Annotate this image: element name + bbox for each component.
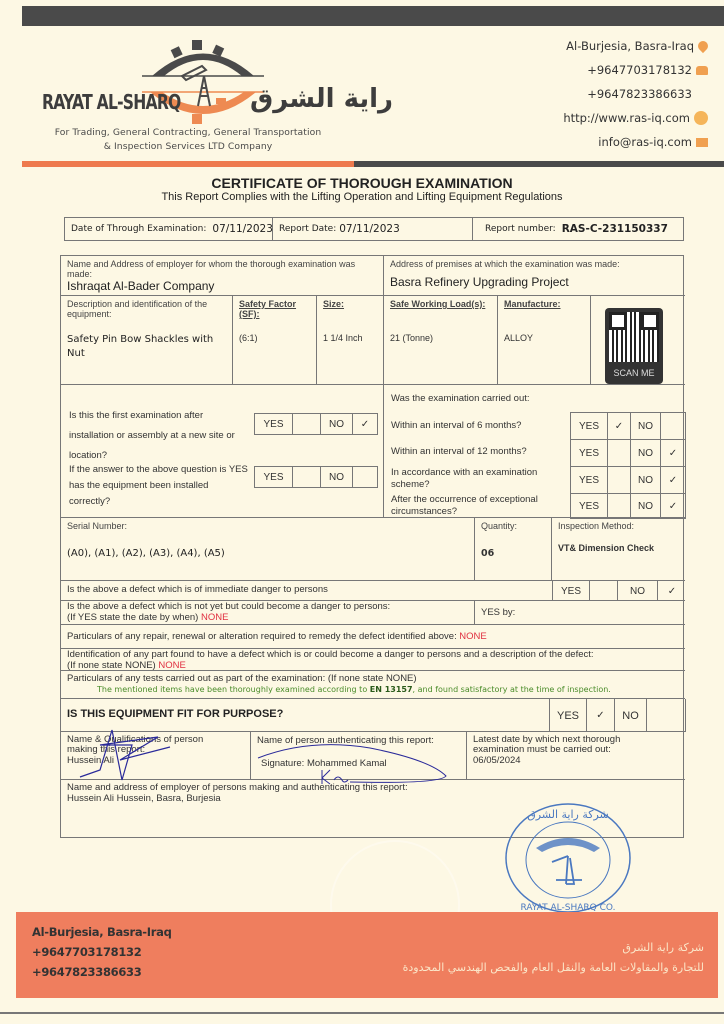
future-danger-sub: (If YES state the date by when) [67,612,198,623]
employer-cell: Name and Address of employer for whom th… [61,256,384,296]
swl-label: Safe Working Load(s): [390,299,491,309]
footer-address: Al-Burjesia, Basra-Iraq [32,922,172,942]
interval-scheme-yes-no: YES NO ✓ [570,466,686,493]
method-cell: Inspection Method: VT& Dimension Check [552,518,685,581]
yes-label: YES [255,467,293,487]
authenticator-cell: Name of person authenticating this repor… [251,732,467,780]
footer-arabic-company: شركة راية الشرق [403,938,704,958]
brand-name-en: RAYAT AL-SHARQ [42,90,181,114]
quantity-value: 06 [481,548,545,559]
employer-label: Name and Address of employer for whom th… [67,259,377,279]
footer-band: Al-Burjesia, Basra-Iraq +9647703178132 +… [16,912,718,998]
qr-code[interactable]: SCAN ME [605,308,663,384]
contact-text[interactable]: +9647823386633 [587,82,692,106]
company-tagline: For Trading, General Contracting, Genera… [38,126,338,154]
person-label: Name & Qualifications of person making t… [67,735,217,755]
location-pin-icon [696,39,710,53]
report-info-strip: Date of Through Examination: 07/11/2023 … [64,217,684,241]
interval-question-6m: Within an interval of 6 months? [391,420,521,432]
no-checkbox-checked[interactable]: ✓ [353,414,377,434]
interval-question-12m: Within an interval of 12 months? [391,446,527,458]
brand-name-ar: راية الشرق [250,84,393,114]
footer-phone-2[interactable]: +9647823386633 [32,962,172,982]
identification-label: Identification of any part found to have… [67,650,679,660]
identification-row: Identification of any part found to have… [61,649,685,671]
future-danger-none: NONE [201,612,228,623]
premises-value: Basra Refinery Upgrading Project [390,275,679,289]
yes-checkbox[interactable] [293,467,321,487]
report-date-value: 07/11/2023 [339,223,400,235]
authenticator-value: Signature: Mohammed Kamal [257,758,460,770]
installed-question: If the answer to the above question is Y… [69,462,249,510]
immediate-danger-yes-no: YES NO ✓ [552,581,686,601]
premises-cell: Address of premises at which the examina… [384,256,685,296]
report-number-cell: Report number: RAS-C-231150337 [473,218,683,240]
interval-12m-yes-no: YES NO ✓ [570,439,686,466]
email-link[interactable]: info@ras-iq.com [598,130,692,154]
yes-checkbox[interactable] [293,414,321,434]
spacer [696,88,708,100]
tests-note-pre: The mentioned items have been thoroughly… [97,685,370,694]
no-label: NO [321,467,353,487]
identification-none: NONE [158,660,185,671]
contact-address: Al-Burjesia, Basra-Iraq [563,34,708,58]
yes-checkbox[interactable] [608,494,631,518]
person-value: Hussein Ali [67,755,244,767]
equipment-cell: Description and identification of the eq… [61,296,233,385]
method-value: VT& Dimension Check [558,543,679,553]
exam-date-cell: Date of Through Examination: 07/11/2023 [65,218,273,240]
yes-checkbox[interactable] [608,467,631,493]
report-number-label: Report number: [485,224,556,234]
yes-label: YES [571,440,608,466]
identification-sub: (If none state NONE) [67,660,156,671]
first-exam-question: Is this the first examination after inst… [69,406,249,466]
employer-persons-label: Name and address of employer of persons … [67,783,679,793]
yes-checkbox[interactable] [590,581,618,601]
certificate-subtitle: This Report Complies with the Lifting Op… [0,191,724,203]
yes-by-cell: YES by: [475,601,685,625]
tests-label: Particulars of any tests carried out as … [67,673,679,684]
serial-cell: Serial Number: (A0), (A1), (A2), (A3), (… [61,518,475,581]
size-label: Size: [323,299,377,309]
manufacture-label: Manufacture: [504,299,584,309]
safety-factor-label: Safety Factor (SF): [239,299,310,319]
interval-6m-yes-no: YES ✓ NO [570,412,686,439]
report-number-value: RAS-C-231150337 [562,223,668,235]
safety-factor-cell: Safety Factor (SF): (6:1) [233,296,317,385]
manufacture-cell: Manufacture: ALLOY [498,296,591,385]
yes-label: YES [571,494,608,518]
no-label: NO [615,699,647,732]
company-logo: RAYAT AL-SHARQ راية الشرق For Trading, G… [30,28,350,148]
no-label: NO [618,581,658,601]
header-contacts: Al-Burjesia, Basra-Iraq +9647703178132 +… [563,34,708,154]
exam-date-value: 07/11/2023 [212,223,273,235]
size-value: 1 1/4 Inch [323,333,377,343]
no-label: NO [631,494,661,518]
person-cell: Name & Qualifications of person making t… [61,732,251,780]
size-cell: Size: 1 1/4 Inch [317,296,384,385]
yes-label: YES [571,467,608,493]
examination-form: Name and Address of employer for whom th… [60,255,684,838]
installed-yes-no: YES NO [254,466,378,488]
bottom-divider [0,1012,724,1014]
premises-label: Address of premises at which the examina… [390,259,679,269]
qr-code-icon [609,312,659,362]
interval-question-scheme: In accordance with an examination scheme… [391,467,567,491]
tests-standard: EN 13157 [370,685,413,694]
repair-label: Particulars of any repair, renewal or al… [67,631,457,642]
tagline-line-1: For Trading, General Contracting, Genera… [38,126,338,140]
header-divider [22,161,724,167]
no-checkbox-checked[interactable]: ✓ [661,494,685,518]
yes-checkbox[interactable] [608,440,631,466]
yes-label: YES [550,699,587,732]
footer-contacts: Al-Burjesia, Basra-Iraq +9647703178132 +… [32,922,172,982]
header-top-bar [22,6,724,26]
scan-me-label: SCAN ME [609,368,659,378]
company-stamp: شركة راية الشرق RAYAT AL-SHARQ CO. [502,800,634,915]
yes-by-label: YES by: [481,607,515,618]
exam-date-label: Date of Through Examination: [71,224,206,234]
yes-label: YES [553,581,590,601]
employer-value: Ishraqat Al-Bader Company [67,279,377,293]
first-exam-yes-no: YES NO ✓ [254,413,378,435]
next-exam-cell: Latest date by which next thorough exami… [467,732,685,780]
divider-orange [22,161,354,167]
interval-exceptional-yes-no: YES NO ✓ [570,493,686,519]
no-label: NO [321,414,353,434]
divider-dark [354,161,724,167]
contact-website[interactable]: http://www.ras-iq.com [563,106,708,130]
no-checkbox-checked[interactable]: ✓ [661,440,685,466]
future-danger-question: Is the above a defect which is not yet b… [67,602,468,612]
contact-phone-2[interactable]: +9647823386633 [563,82,708,106]
no-label: NO [631,467,661,493]
contact-text[interactable]: +9647703178132 [587,58,692,82]
swl-cell: Safe Working Load(s): 21 (Tonne) [384,296,498,385]
tests-row: Particulars of any tests carried out as … [61,671,685,699]
equipment-label: Description and identification of the eq… [67,299,226,319]
no-label: NO [631,413,661,439]
no-checkbox[interactable] [661,413,685,439]
no-checkbox[interactable] [647,699,685,732]
contact-phone-1[interactable]: +9647703178132 [563,58,708,82]
carried-out-label: Was the examination carried out: [391,393,530,405]
contact-text: Al-Burjesia, Basra-Iraq [566,34,694,58]
no-checkbox-checked[interactable]: ✓ [661,467,685,493]
certificate-title: CERTIFICATE OF THOROUGH EXAMINATION [0,175,724,191]
next-exam-label: Latest date by which next thorough exami… [473,735,653,755]
yes-label: YES [571,413,608,439]
swl-value: 21 (Tonne) [390,333,491,343]
yes-label: YES [255,414,293,434]
stamp-text-ar: شركة راية الشرق [527,808,609,821]
method-label: Inspection Method: [558,521,679,531]
no-checkbox[interactable] [353,467,377,487]
report-date-label: Report Date: [279,224,336,234]
quantity-cell: Quantity: 06 [475,518,552,581]
interval-question-exceptional: After the occurrence of exceptional circ… [391,494,567,518]
contact-email[interactable]: info@ras-iq.com [563,130,708,154]
report-date-cell: Report Date: 07/11/2023 [273,218,473,240]
serial-value: (A0), (A1), (A2), (A3), (A4), (A5) [67,548,468,559]
footer-arabic-tagline: للتجارة والمقاولات العامة والنقل العام و… [403,958,704,978]
authenticator-label: Name of person authenticating this repor… [257,735,460,747]
repair-row: Particulars of any repair, renewal or al… [61,625,685,649]
footer-arabic: شركة راية الشرق للتجارة والمقاولات العام… [403,938,704,978]
no-label: NO [631,440,661,466]
safety-factor-value: (6:1) [239,333,310,343]
tests-note: The mentioned items have been thoroughly… [67,684,679,696]
tagline-line-2: & Inspection Services LTD Company [38,140,338,154]
serial-label: Serial Number: [67,521,468,531]
phone-icon [696,66,708,75]
future-danger-cell: Is the above a defect which is not yet b… [61,601,475,625]
no-checkbox-checked[interactable]: ✓ [658,581,686,601]
footer-phone-1[interactable]: +9647703178132 [32,942,172,962]
yes-checkbox-checked[interactable]: ✓ [587,699,615,732]
globe-icon [694,111,708,125]
next-exam-value: 06/05/2024 [473,755,679,767]
repair-none: NONE [459,631,486,642]
mail-icon [696,138,708,147]
manufacture-value: ALLOY [504,333,584,343]
quantity-label: Quantity: [481,521,545,531]
equipment-value: Safety Pin Bow Shackles with Nut [67,333,226,361]
yes-checkbox-checked[interactable]: ✓ [608,413,631,439]
website-link[interactable]: http://www.ras-iq.com [563,106,690,130]
tests-note-post: , and found satisfactory at the time of … [413,685,611,694]
fit-purpose-yes-no: YES ✓ NO [549,699,686,732]
